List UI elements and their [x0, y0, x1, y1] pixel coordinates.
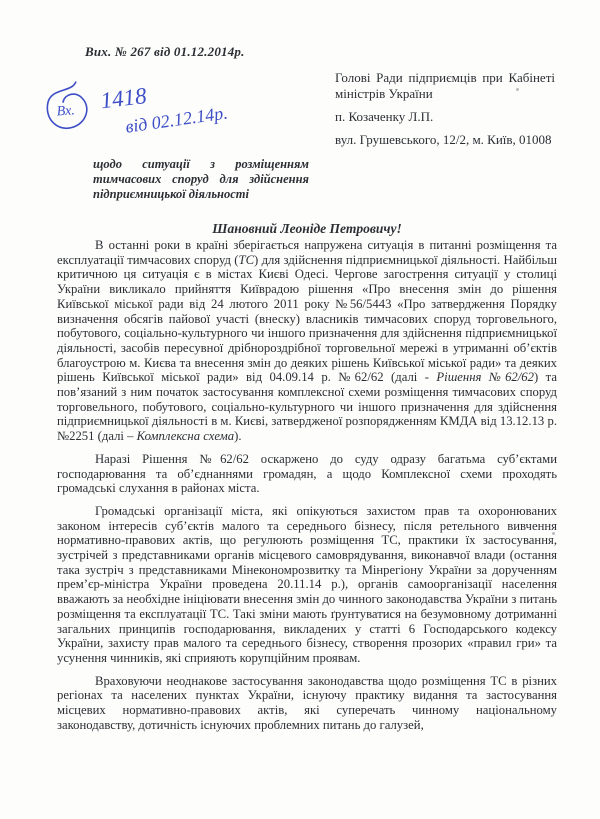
recipient-organization: Голові Ради підприємців при Кабінеті мін…: [335, 70, 555, 102]
handwritten-stamp-graphic: Вх. 1418 від 02.12.14р.: [38, 63, 293, 155]
letter-page: Вих. № 267 від 01.12.2014р. Вх. 1418 від…: [0, 0, 600, 819]
incoming-registration-stamp: Вх. 1418 від 02.12.14р.: [38, 63, 293, 160]
body-segment: Громадські організації міста, які опікую…: [57, 504, 557, 665]
body-segment-italic: Комплексна схема: [137, 429, 234, 443]
recipient-person: п. Козаченку Л.П.: [335, 109, 555, 125]
body-paragraph: Громадські організації міста, які опікую…: [57, 504, 557, 666]
body-paragraph: Наразі Рішення №62/62 оскаржено до суду …: [57, 452, 557, 496]
body-segment: ).: [234, 429, 241, 443]
scan-speck: [552, 532, 555, 535]
body-segment-italic: Рішення №62/62: [436, 370, 534, 384]
body-segment: Враховуючи неоднакове застосування закон…: [57, 674, 557, 732]
salutation: Шановний Леоніде Петровичу!: [57, 221, 557, 237]
body-segment: ) для здійснення підприємницької діяльно…: [57, 253, 557, 385]
letter-body: В останні роки в країні зберігається нап…: [57, 238, 557, 741]
recipient-block: Голові Ради підприємців при Кабінеті мін…: [335, 70, 555, 155]
stamp-prefix: Вх.: [56, 103, 75, 119]
body-segment-italic: ТС: [239, 253, 255, 267]
recipient-address: вул. Грушевського, 12/2, м. Київ, 01008: [335, 132, 555, 148]
stamp-number: 1418: [99, 83, 148, 113]
scan-speck: [516, 88, 519, 91]
body-segment: Наразі Рішення №62/62 оскаржено до суду …: [57, 452, 557, 495]
subject-line: щодо ситуації з розміщенням тимчасових с…: [93, 157, 309, 202]
outgoing-ref-line: Вих. № 267 від 01.12.2014р.: [85, 44, 245, 60]
body-paragraph: Враховуючи неоднакове застосування закон…: [57, 674, 557, 733]
body-paragraph: В останні роки в країні зберігається нап…: [57, 238, 557, 444]
